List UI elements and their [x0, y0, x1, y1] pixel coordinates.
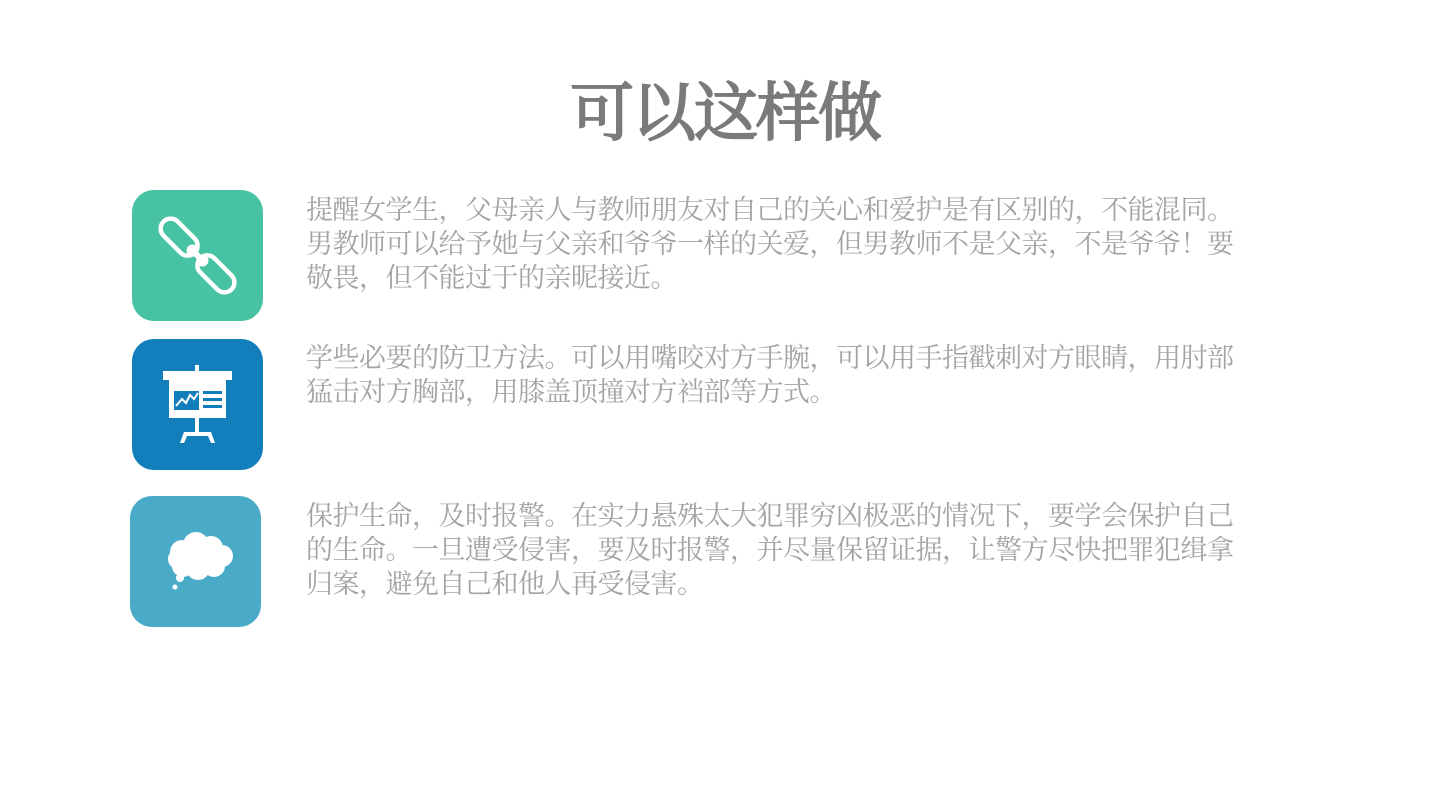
icon-box-3 — [130, 496, 261, 627]
item-1-text: 提醒女学生，父母亲人与教师朋友对自己的关心和爱护是有区别的，不能混同。男教师可以… — [306, 194, 1236, 296]
icon-box-2 — [132, 339, 263, 470]
item-3-text: 保护生命，及时报警。在实力悬殊太大犯罪穷凶极恶的情况下，要学会保护自己的生命。一… — [306, 500, 1236, 602]
icon-box-1 — [132, 190, 263, 321]
presentation-board-icon — [132, 339, 263, 470]
slide-title: 可以这样做 — [0, 72, 1440, 156]
item-2-text: 学些必要的防卫方法。可以用嘴咬对方手腕，可以用手指戳刺对方眼睛，用肘部猛击对方胸… — [306, 342, 1236, 410]
chain-link-icon — [132, 190, 263, 321]
thought-bubble-icon — [130, 496, 261, 627]
